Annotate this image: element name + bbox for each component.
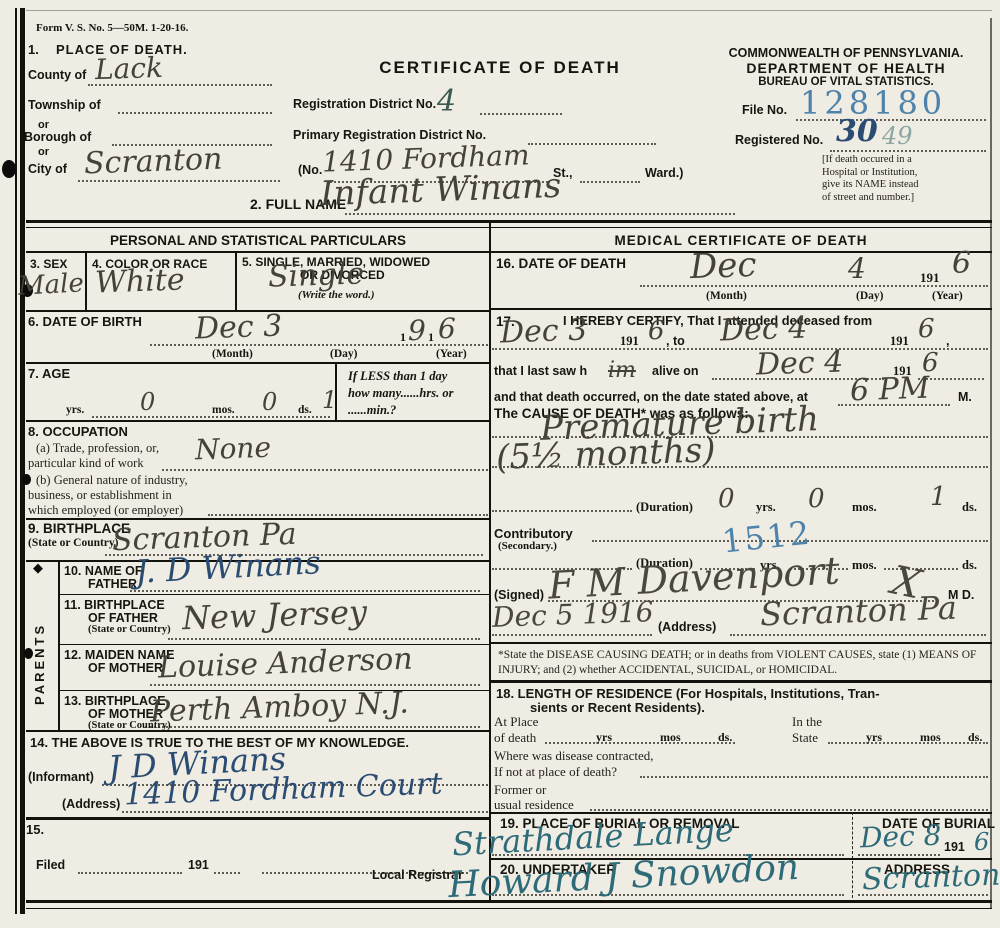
informant-address-label: (Address) — [62, 797, 120, 811]
personal-header: PERSONAL AND STATISTICAL PARTICULARS — [26, 233, 490, 248]
cell-divider — [85, 251, 87, 310]
rule — [58, 644, 490, 645]
burial-year-hw: 6 — [974, 828, 989, 856]
age-yrs-value: 0 — [140, 388, 155, 416]
death-certificate-document: Form V. S. No. 5—50M. 1-20-16. 1. PLACE … — [0, 0, 1000, 928]
age-ds-label: ds. — [298, 404, 312, 416]
death-time-value: 6 PM — [849, 371, 930, 409]
age-mos-label: mos. — [212, 404, 235, 416]
comma: , — [946, 334, 949, 348]
date-of-death-month: Dec — [689, 245, 757, 287]
section1-number: 1. — [28, 42, 39, 57]
rule-fullname-bottom — [26, 227, 992, 228]
signed-address-value: Scranton Pa — [759, 589, 957, 634]
father-birthplace-label: 11. BIRTHPLACE — [64, 598, 165, 612]
township-line — [118, 112, 272, 114]
attended-from-date: Dec 3 — [499, 312, 587, 350]
dod-day-caption: (Day) — [856, 290, 883, 302]
dob-year-caption: (Year) — [436, 348, 467, 360]
if-not-line — [640, 776, 988, 778]
occupation-a2: particular kind of work — [28, 456, 144, 471]
burial-date-line — [858, 854, 940, 856]
full-name-value: Infant Winans — [319, 166, 562, 214]
or-label-2: or — [38, 146, 49, 158]
burial-cell-divider — [852, 812, 853, 898]
reg-district-line — [480, 113, 562, 115]
dob-year-printed-2: 1 — [428, 330, 434, 345]
dod-year-caption: (Year) — [932, 290, 963, 302]
rule — [490, 308, 992, 310]
where-contracted-label: Where was disease contracted, — [494, 748, 654, 764]
age-note: If LESS than 1 day how many......hrs. or… — [348, 368, 488, 419]
dob-year-hw-1: 9 — [408, 314, 426, 347]
ink-blob — [22, 474, 31, 485]
in-state-mos: mos — [920, 730, 941, 745]
duration-ds-value: 1 — [930, 482, 947, 512]
at-place-ds: ds. — [718, 730, 732, 745]
ward-line — [580, 181, 640, 183]
parents-marker: ◆ — [33, 560, 43, 576]
rule — [26, 420, 490, 422]
duration-line — [492, 510, 632, 512]
father-birthplace-note: (State or Country) — [88, 624, 171, 635]
dob-year-hw-2: 6 — [438, 312, 456, 345]
race-value: White — [94, 262, 185, 300]
parents-label: PARENTS — [32, 595, 47, 705]
attended-from-year-hw: 6 — [648, 316, 665, 346]
date-of-death-day: 4 — [848, 252, 866, 285]
mother-line — [150, 684, 480, 686]
duration-mos-value: 0 — [808, 484, 825, 514]
in-state-yrs: yrs — [866, 730, 882, 745]
residence-label-1: 18. LENGTH OF RESIDENCE (For Hospitals, … — [496, 686, 880, 701]
dob-year-printed-1: 1 — [400, 330, 406, 345]
registered-no-label: Registered No. — [735, 133, 823, 147]
father-birthplace-label-2: OF FATHER — [88, 611, 158, 625]
secondary-label: (Secondary.) — [498, 540, 557, 552]
age-mos-value: 0 — [262, 388, 277, 416]
registered-no-value: 30 — [836, 114, 878, 149]
registered-no-faint: 49 — [882, 122, 913, 150]
father-birthplace-line — [168, 638, 480, 640]
if-not-label: If not at place of death? — [494, 764, 617, 780]
rule-bottom-thin — [26, 908, 992, 909]
rule — [490, 812, 992, 814]
section15-number: 15. — [26, 822, 44, 837]
in-the-label-1: In the — [792, 714, 822, 730]
undertaker-address-value: Scranton — [861, 858, 1000, 898]
filed-label: Filed — [36, 858, 65, 872]
cause-value-2: (5½ months) — [495, 430, 716, 478]
file-no-label: File No. — [742, 103, 787, 117]
mother-birthplace-value: Perth Amboy N.J. — [149, 685, 409, 729]
burial-date-value: Dec 8 — [859, 819, 942, 855]
attended-to-year-printed: 191 — [890, 334, 909, 349]
at-place-line — [545, 742, 735, 744]
cell-divider — [235, 251, 237, 310]
rule — [58, 594, 490, 595]
last-saw-date: Dec 4 — [755, 344, 843, 382]
rule — [490, 680, 992, 683]
cause-footnote: *State the DISEASE CAUSING DEATH; or in … — [498, 648, 986, 677]
duration-label: (Duration) — [636, 500, 693, 515]
rule — [26, 362, 490, 364]
at-place-yrs: yrs — [596, 730, 612, 745]
border-left-outer — [15, 8, 17, 914]
last-saw-text-2: alive on — [652, 364, 699, 378]
residence-label-2: sients or Recent Residents). — [530, 700, 705, 715]
former-line — [590, 809, 988, 811]
registered-no-line — [830, 150, 986, 152]
ink-blob — [2, 160, 16, 178]
birthplace-note: (State or Country) — [28, 537, 119, 549]
signed-address-line — [492, 634, 652, 636]
rule — [26, 730, 490, 732]
m-label: M. — [958, 390, 972, 404]
occupation-b3: which employed (or employer) — [28, 503, 183, 518]
duration2-ds-label: ds. — [962, 558, 977, 573]
attended-to-year-hw: 6 — [918, 314, 935, 344]
attended-to-date: Dec 4 — [719, 310, 807, 348]
age-line — [92, 416, 330, 418]
marital-note: (Write the word.) — [298, 289, 375, 301]
dob-day-caption: (Day) — [330, 348, 357, 360]
ward-label: Ward.) — [645, 166, 683, 180]
rule-fullname-top — [26, 220, 992, 223]
parents-divider — [58, 560, 60, 730]
certify-from-line — [492, 348, 988, 350]
border-right — [990, 18, 992, 908]
father-birthplace-value: New Jersey — [181, 593, 367, 637]
reg-district-label: Registration District No. — [293, 97, 436, 111]
at-place-label-1: At Place — [494, 714, 538, 730]
city-label: City of — [28, 162, 67, 176]
rule — [490, 642, 992, 644]
county-value: Lack — [94, 51, 163, 86]
former-label-1: Former or — [494, 782, 546, 798]
duration-mos-label: mos. — [852, 500, 877, 515]
primary-reg-line — [528, 143, 656, 145]
borough-label: Borough of — [24, 130, 91, 144]
hospital-note: [If death occured in a Hospital or Insti… — [822, 154, 990, 204]
date-of-death-label: 16. DATE OF DEATH — [496, 256, 626, 271]
date-of-death-year-printed: 191 — [920, 270, 940, 286]
age-yrs-label: yrs. — [66, 404, 84, 416]
reg-district-value: 4 — [437, 84, 456, 119]
father-label-2: FATHER — [88, 577, 137, 591]
form-number: Form V. S. No. 5—50M. 1-20-16. — [36, 22, 188, 34]
duration-yrs-label: yrs. — [756, 500, 776, 515]
dob-month-caption: (Month) — [212, 348, 253, 360]
occupation-a-line — [162, 469, 488, 471]
signed-address-label: (Address) — [658, 620, 716, 634]
date-of-death-year-hw: 6 — [952, 246, 971, 281]
dob-value: Dec 3 — [194, 308, 282, 346]
occupation-b1: (b) General nature of industry, — [36, 473, 188, 488]
signed-address-line-2 — [730, 634, 986, 636]
burial-year-printed: 191 — [944, 840, 965, 854]
dob-label: 6. DATE OF BIRTH — [28, 314, 142, 329]
department-line: DEPARTMENT OF HEALTH — [700, 60, 992, 76]
occupation-a1: (a) Trade, profession, or, — [36, 441, 159, 456]
duration-ds-label: ds. — [962, 500, 977, 515]
certificate-title: CERTIFICATE OF DEATH — [330, 58, 670, 78]
county-label: County of — [28, 68, 86, 82]
scan-edge-top — [26, 10, 992, 11]
occupation-a-value: None — [194, 431, 271, 467]
informant-address-line — [122, 811, 488, 813]
occupation-label: 8. OCCUPATION — [28, 424, 128, 439]
informant-label: (Informant) — [28, 770, 94, 784]
last-saw-text-1: that I last saw h — [494, 364, 587, 378]
filed-year-line — [214, 872, 240, 874]
rule — [26, 817, 490, 820]
mother-value: Louise Anderson — [157, 642, 413, 686]
in-state-ds: ds. — [968, 730, 982, 745]
certify-statement: I HEREBY CERTIFY, That I attended deceas… — [563, 313, 872, 328]
at-place-mos: mos — [660, 730, 681, 745]
dod-month-caption: (Month) — [706, 290, 747, 302]
full-name-line — [345, 213, 735, 215]
duration-yrs-value: 0 — [718, 484, 735, 514]
in-state-line — [828, 742, 988, 744]
last-saw-pronoun-hw: im — [608, 358, 636, 383]
at-place-label-2: of death — [494, 730, 536, 746]
sex-value: Male — [17, 268, 84, 301]
mother-label-2: OF MOTHER — [88, 661, 163, 675]
commonwealth-line: COMMONWEALTH OF PENNSYLVANIA. — [700, 46, 992, 60]
father-label: 10. NAME OF — [64, 564, 143, 578]
signed-date: Dec 5 1916 — [491, 595, 654, 634]
age-box-divider — [335, 362, 337, 420]
duration2-mos-label: mos. — [852, 558, 877, 573]
former-label-2: usual residence — [494, 797, 574, 813]
attended-from-year-printed: 191 — [620, 334, 639, 349]
filed-year-printed: 191 — [188, 858, 209, 872]
father-line — [130, 590, 480, 592]
filed-line — [78, 872, 182, 874]
city-value: Scranton — [83, 142, 222, 182]
occupation-b-line — [208, 514, 488, 516]
township-label: Township of — [28, 98, 101, 112]
occupation-b2: business, or establishment in — [28, 488, 172, 503]
in-the-label-2: State — [792, 730, 818, 746]
contributory-label: Contributory — [494, 526, 573, 541]
rule — [26, 251, 490, 253]
to-label: , to — [666, 334, 685, 348]
age-label: 7. AGE — [28, 366, 70, 381]
